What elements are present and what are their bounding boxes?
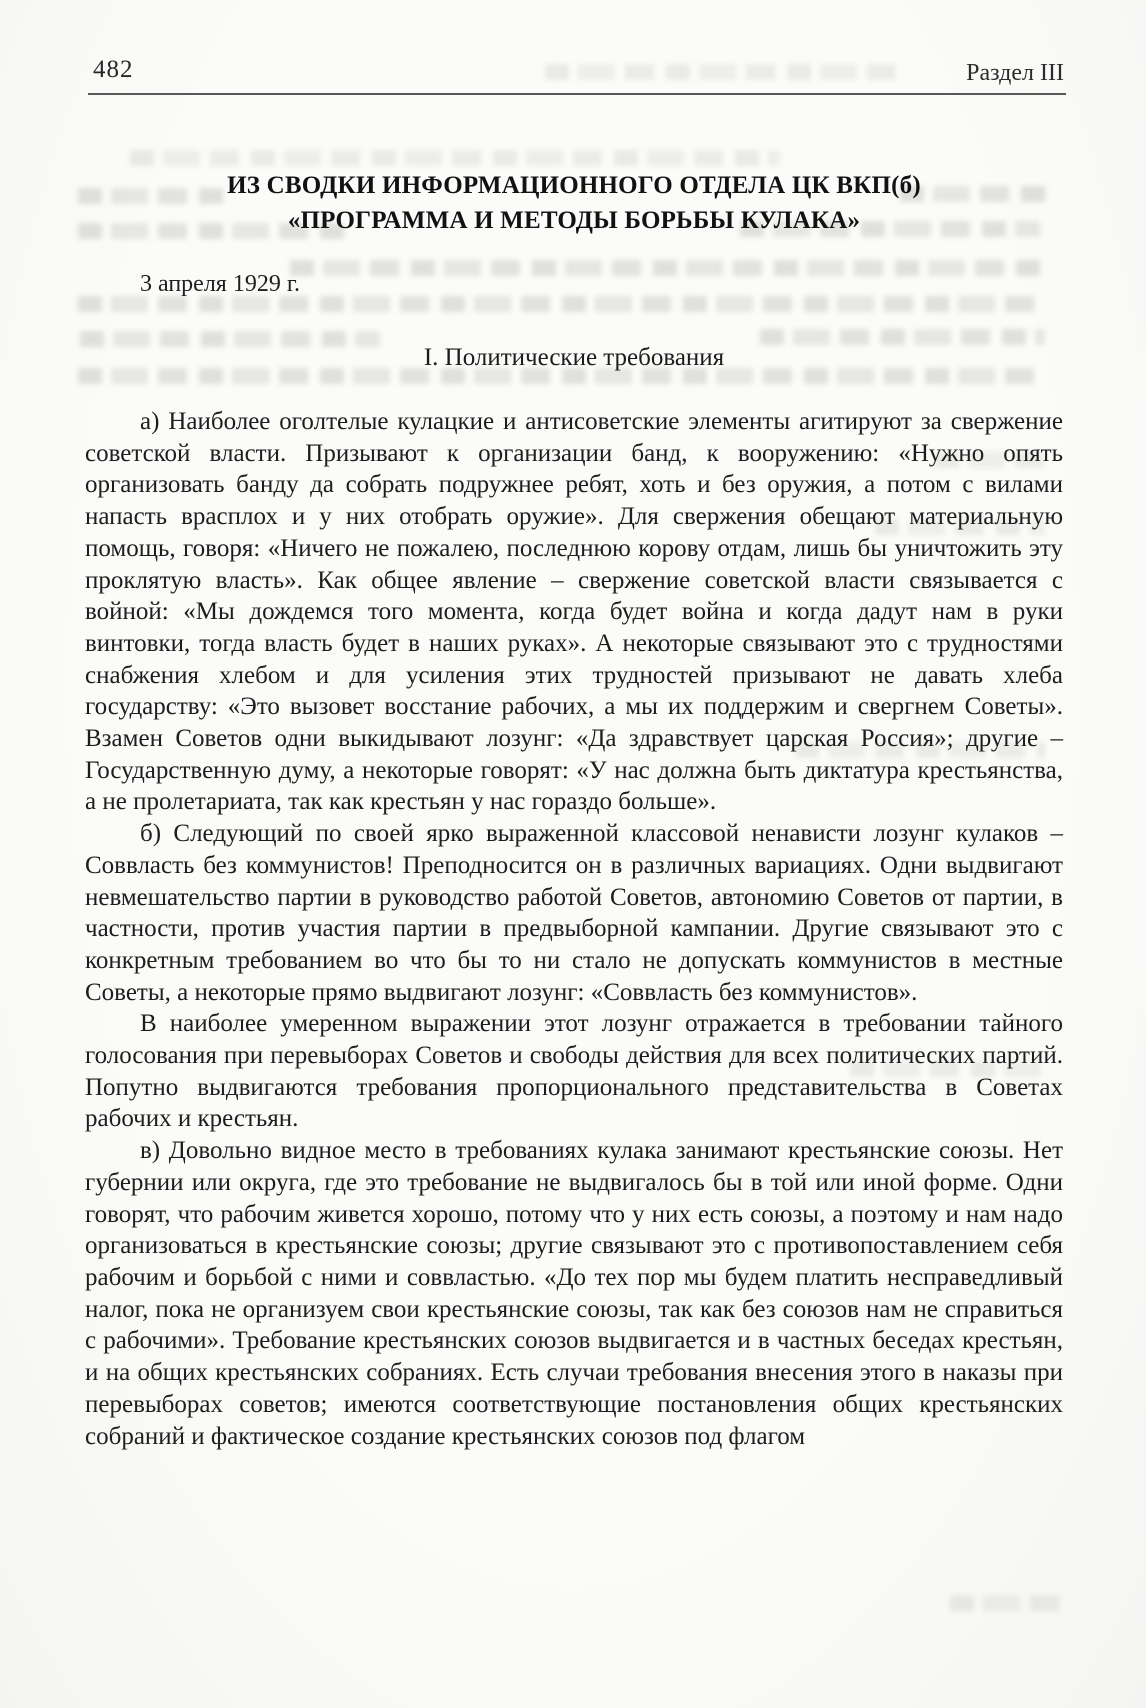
document-body: а) Наиболее оголтелые кулацкие и антисов… <box>85 406 1063 1452</box>
document-date: 3 апреля 1929 г. <box>85 269 1063 299</box>
running-head: Раздел III <box>966 60 1064 87</box>
document-title: ИЗ СВОДКИ ИНФОРМАЦИОННОГО ОТДЕЛА ЦК ВКП(… <box>85 168 1063 238</box>
title-line-1: ИЗ СВОДКИ ИНФОРМАЦИОННОГО ОТДЕЛА ЦК ВКП(… <box>85 168 1063 203</box>
bleed-through-text <box>130 150 780 166</box>
paragraph-a: а) Наиболее оголтелые кулацкие и антисов… <box>85 406 1063 818</box>
paragraph-v: в) Довольно видное место в требованиях к… <box>85 1135 1063 1452</box>
paragraph-moderate-expression: В наиболее умеренном выражении этот лозу… <box>85 1008 1063 1135</box>
scanned-book-page: 482 Раздел III ИЗ СВОДКИ ИНФОРМАЦИОННОГО… <box>0 0 1146 1708</box>
paragraph-b: б) Следующий по своей ярко выраженной кл… <box>85 818 1063 1008</box>
page-number: 482 <box>93 56 134 84</box>
page-header: 482 Раздел III <box>88 56 1064 88</box>
bleed-through-text <box>950 1595 1060 1611</box>
section-heading: I. Политические требования <box>85 343 1063 373</box>
document: ИЗ СВОДКИ ИНФОРМАЦИОННОГО ОТДЕЛА ЦК ВКП(… <box>85 168 1063 1452</box>
header-rule <box>88 93 1066 95</box>
title-line-2: «ПРОГРАММА И МЕТОДЫ БОРЬБЫ КУЛАКА» <box>85 203 1063 238</box>
